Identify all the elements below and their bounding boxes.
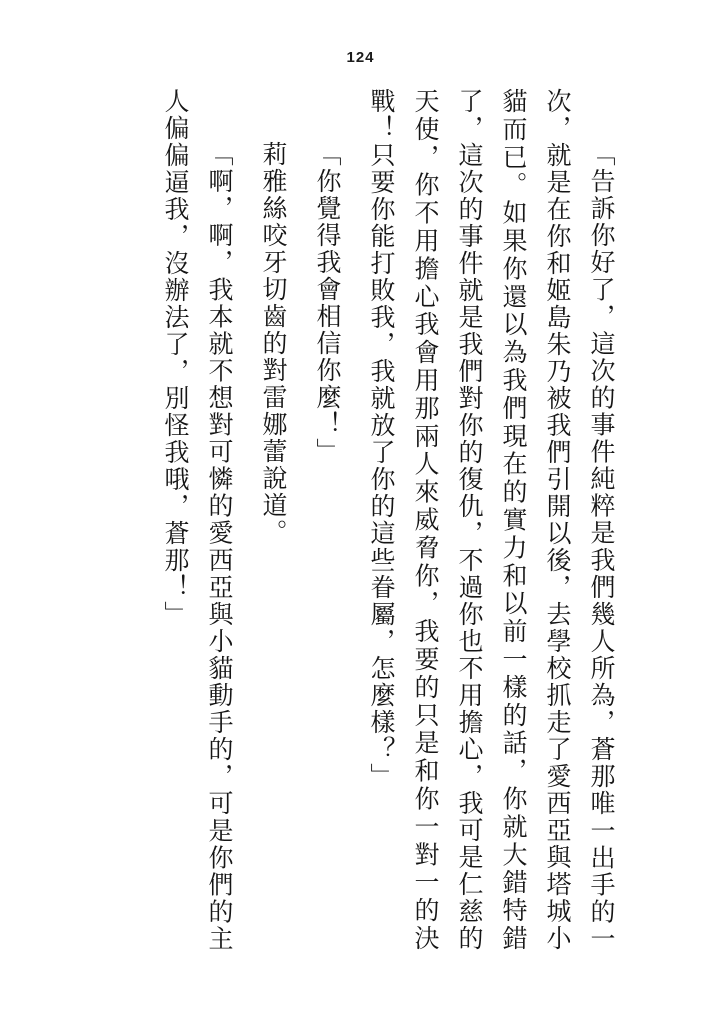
page-number: 124 [0,49,721,66]
paragraph-dialogue-rias: 「你覺得我會相信你麼！」 [304,88,348,952]
page-text-block: 「告訴你好了，這次的事件純粹是我們幾人所為，蒼那唯一出手的一次，就是在你和姬島朱… [152,88,622,952]
paragraph-narration: 莉雅絲咬牙切齒的對雷娜蕾說道。 [250,88,294,952]
paragraph-dialogue-raynare-1: 「告訴你好了，這次的事件純粹是我們幾人所為，蒼那唯一出手的一次，就是在你和姬島朱… [358,88,622,952]
paragraph-dialogue-raynare-2: 「啊，啊，我本就不想對可憐的愛西亞與小貓動手的，可是你們的主人偏偏逼我，沒辦法了… [152,88,240,952]
